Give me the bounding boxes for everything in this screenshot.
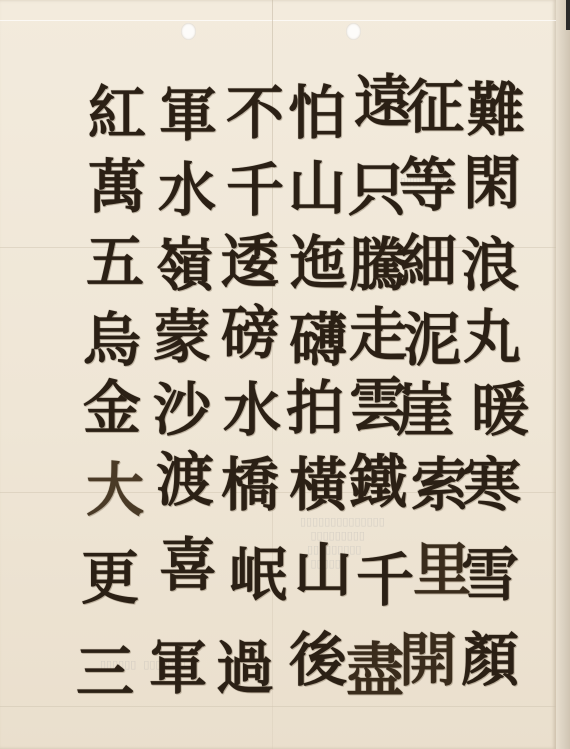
calligraphy-char: 水 — [217, 375, 287, 445]
calligraphy-char: 鐵 — [343, 447, 413, 517]
calligraphy-char: 暖 — [465, 375, 535, 445]
calligraphy-char: 山 — [288, 535, 358, 605]
calligraphy-char: 細 — [393, 227, 463, 297]
calligraphy-char: 水 — [152, 155, 222, 225]
calligraphy-char: 怕 — [282, 78, 352, 148]
calligraphy-char: 開 — [393, 625, 463, 695]
calligraphy-char: 丸 — [457, 302, 527, 372]
calligraphy-char: 征 — [400, 72, 470, 142]
calligraphy-char: 不 — [220, 78, 290, 148]
calligraphy-char: 沙 — [147, 375, 217, 445]
calligraphy-char: 雪 — [455, 540, 525, 610]
calligraphy-char: 浪 — [455, 230, 525, 300]
calligraphy-char: 萬 — [82, 152, 152, 222]
calligraphy-char: 難 — [461, 75, 531, 145]
calligraphy-char: 拍 — [280, 373, 350, 443]
calligraphy-char: 嶺 — [150, 230, 220, 300]
calligraphy-char: 軍 — [143, 633, 213, 703]
paper-edge — [556, 0, 570, 749]
calligraphy-char: 渡 — [150, 445, 220, 515]
calligraphy-char: 喜 — [153, 530, 223, 600]
calligraphy-char: 五 — [80, 227, 150, 297]
calligraphy-char: 顏 — [455, 625, 525, 695]
calligraphy-char: 千 — [220, 155, 290, 225]
calligraphy-char: 崖 — [390, 375, 460, 445]
calligraphy-char: 三 — [70, 637, 140, 707]
punch-hole-left — [181, 23, 196, 40]
calligraphy-char: 大 — [80, 455, 150, 525]
calligraphy-char: 金 — [77, 373, 147, 443]
scan-border — [566, 0, 570, 30]
calligraphy-char: 寒 — [457, 450, 527, 520]
calligraphy-char: 橋 — [215, 450, 285, 520]
calligraphy-char: 更 — [75, 543, 145, 613]
paper-top-rule — [0, 20, 556, 21]
calligraphy-char: 蒙 — [147, 302, 217, 372]
calligraphy-char: 逶 — [215, 227, 285, 297]
calligraphy-char: 磅 — [215, 298, 285, 368]
calligraphy-char: 等 — [393, 150, 463, 220]
calligraphy-char: 岷 — [223, 540, 293, 610]
calligraphy-char: 烏 — [77, 305, 147, 375]
calligraphy-char: 紅 — [82, 78, 152, 148]
punch-hole-right — [346, 23, 361, 40]
calligraphy-char: 閑 — [457, 148, 527, 218]
calligraphy-char: 過 — [210, 633, 280, 703]
calligraphy-char: 軍 — [153, 80, 223, 150]
